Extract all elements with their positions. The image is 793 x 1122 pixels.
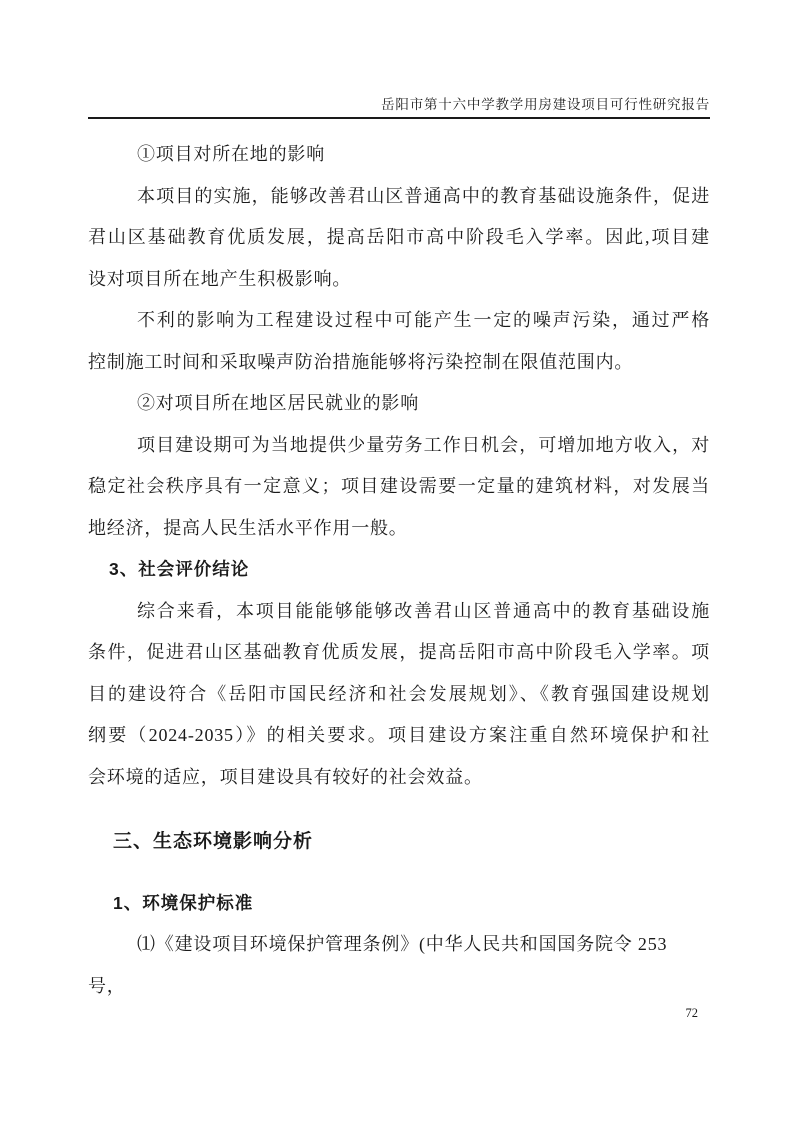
- paragraph-line: 会环境的适应，项目建设具有较好的社会效益。: [88, 757, 710, 799]
- paragraph-line: 控制施工时间和采取噪声防治措施能够将污染控制在限值范围内。: [88, 342, 710, 384]
- paragraph-line: 君山区基础教育优质发展，提高岳阳市高中阶段毛入学率。因此,项目建: [88, 217, 710, 259]
- paragraph-noise-impact: 不利的影响为工程建设过程中可能产生一定的噪声污染，通过严格 控制施工时间和采取噪…: [88, 300, 710, 383]
- page-footer: 72: [686, 1005, 699, 1021]
- paragraph-line: ⑴《建设项目环境保护管理条例》(中华人民共和国国务院令 253 号，: [88, 924, 710, 1007]
- paragraph-line: 项目建设期可为当地提供少量劳务工作日机会，可增加地方收入，对: [88, 425, 710, 467]
- paragraph-env-regulation: ⑴《建设项目环境保护管理条例》(中华人民共和国国务院令 253 号，: [88, 924, 710, 1007]
- paragraph-employment-impact: 项目建设期可为当地提供少量劳务工作日机会，可增加地方收入，对 稳定社会秩序具有一…: [88, 425, 710, 550]
- paragraph-line: 条件，促进君山区基础教育优质发展，提高岳阳市高中阶段毛入学率。项: [88, 632, 710, 674]
- label-impact-employment: ②对项目所在地区居民就业的影响: [88, 383, 710, 425]
- page-header: 岳阳市第十六中学教学用房建设项目可行性研究报告: [88, 97, 710, 119]
- document-body: ①项目对所在地的影响 本项目的实施，能够改善君山区普通高中的教育基础设施条件，促…: [88, 134, 710, 1007]
- paragraph-line: 稳定社会秩序具有一定意义；项目建设需要一定量的建筑材料，对发展当: [88, 466, 710, 508]
- paragraph-line: 本项目的实施，能够改善君山区普通高中的教育基础设施条件，促进: [88, 176, 710, 218]
- paragraph-line: 不利的影响为工程建设过程中可能产生一定的噪声污染，通过严格: [88, 300, 710, 342]
- paragraph-line: 纲要（2024-2035）》的相关要求。项目建设方案注重自然环境保护和社: [88, 715, 710, 757]
- heading-env-protection-standard: 1、环境保护标准: [88, 883, 710, 925]
- paragraph-line: 地经济，提高人民生活水平作用一般。: [88, 508, 710, 550]
- header-title: 岳阳市第十六中学教学用房建设项目可行性研究报告: [381, 97, 710, 112]
- paragraph-location-impact: 本项目的实施，能够改善君山区普通高中的教育基础设施条件，促进 君山区基础教育优质…: [88, 176, 710, 301]
- paragraph-line: 设对项目所在地产生积极影响。: [88, 259, 710, 301]
- paragraph-conclusion: 综合来看，本项目能能够能够改善君山区普通高中的教育基础设施 条件，促进君山区基础…: [88, 591, 710, 799]
- heading-social-conclusion: 3、社会评价结论: [88, 549, 710, 591]
- paragraph-line: 目的建设符合《岳阳市国民经济和社会发展规划》、《教育强国建设规划: [88, 674, 710, 716]
- document-page: 岳阳市第十六中学教学用房建设项目可行性研究报告 ①项目对所在地的影响 本项目的实…: [0, 0, 793, 1122]
- paragraph-line: 综合来看，本项目能能够能够改善君山区普通高中的教育基础设施: [88, 591, 710, 633]
- heading-chapter-eco-environment: 三、生态环境影响分析: [88, 821, 710, 863]
- label-impact-location: ①项目对所在地的影响: [88, 134, 710, 176]
- page-number: 72: [686, 1006, 699, 1020]
